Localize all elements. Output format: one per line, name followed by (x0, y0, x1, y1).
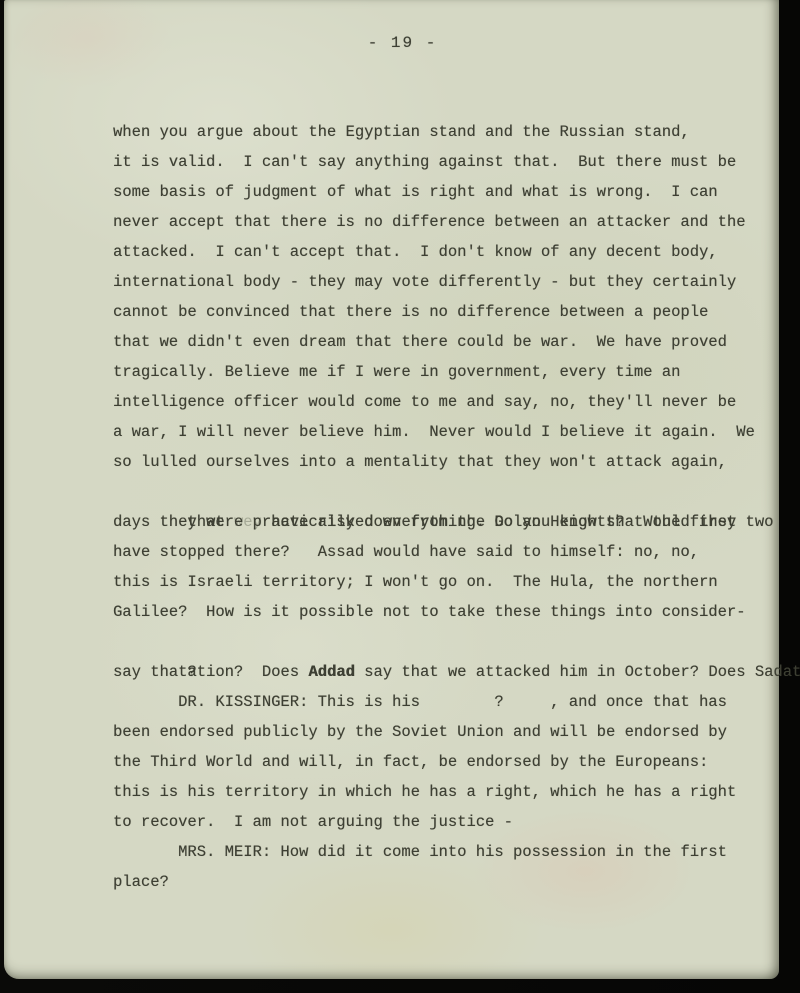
text-line: MRS. MEIR: How did it come into his poss… (113, 837, 773, 867)
text-line: when you argue about the Egyptian stand … (113, 117, 773, 147)
scan-background: - 19 - when you argue about the Egyptian… (0, 0, 800, 993)
text-line: so lulled ourselves into a mentality tha… (113, 447, 773, 477)
text-line: it is valid. I can't say anything agains… (113, 147, 773, 177)
text-line: that we didn't even dream that there cou… (113, 327, 773, 357)
page-number: - 19 - (4, 34, 779, 52)
text-line: days they were practically down from the… (113, 507, 773, 537)
text-line: international body - they may vote diffe… (113, 267, 773, 297)
text-line: been endorsed publicly by the Soviet Uni… (113, 717, 773, 747)
text-line: the Third World and will, in fact, be en… (113, 747, 773, 777)
text-line: ation? Does Addad say that we attacked h… (113, 627, 773, 657)
text-line: this is Israeli territory; I won't go on… (113, 567, 773, 597)
document-text: when you argue about the Egyptian stand … (113, 117, 773, 897)
text-line: intelligence officer would come to me an… (113, 387, 773, 417)
text-line: this is his territory in which he has a … (113, 777, 773, 807)
text-line: some basis of judgment of what is right … (113, 177, 773, 207)
text-line: place? (113, 867, 773, 897)
overstruck-word: Addad (308, 663, 355, 681)
text-line: that wey have risked everything. Do you … (113, 477, 773, 507)
text-line: Galilee? How is it possible not to take … (113, 597, 773, 627)
text-line: a war, I will never believe him. Never w… (113, 417, 773, 447)
text-line: to recover. I am not arguing the justice… (113, 807, 773, 837)
line-segment: ation? Does (187, 663, 308, 681)
line-segment: say that we attacked him in October? Doe… (355, 663, 800, 681)
scanned-page: - 19 - when you argue about the Egyptian… (4, 0, 779, 979)
text-line: never accept that there is no difference… (113, 207, 773, 237)
text-line: DR. KISSINGER: This is his ? , and once … (113, 687, 773, 717)
text-line: have stopped there? Assad would have sai… (113, 537, 773, 567)
text-line: tragically. Believe me if I were in gove… (113, 357, 773, 387)
text-line: attacked. I can't accept that. I don't k… (113, 237, 773, 267)
text-line: cannot be convinced that there is no dif… (113, 297, 773, 327)
